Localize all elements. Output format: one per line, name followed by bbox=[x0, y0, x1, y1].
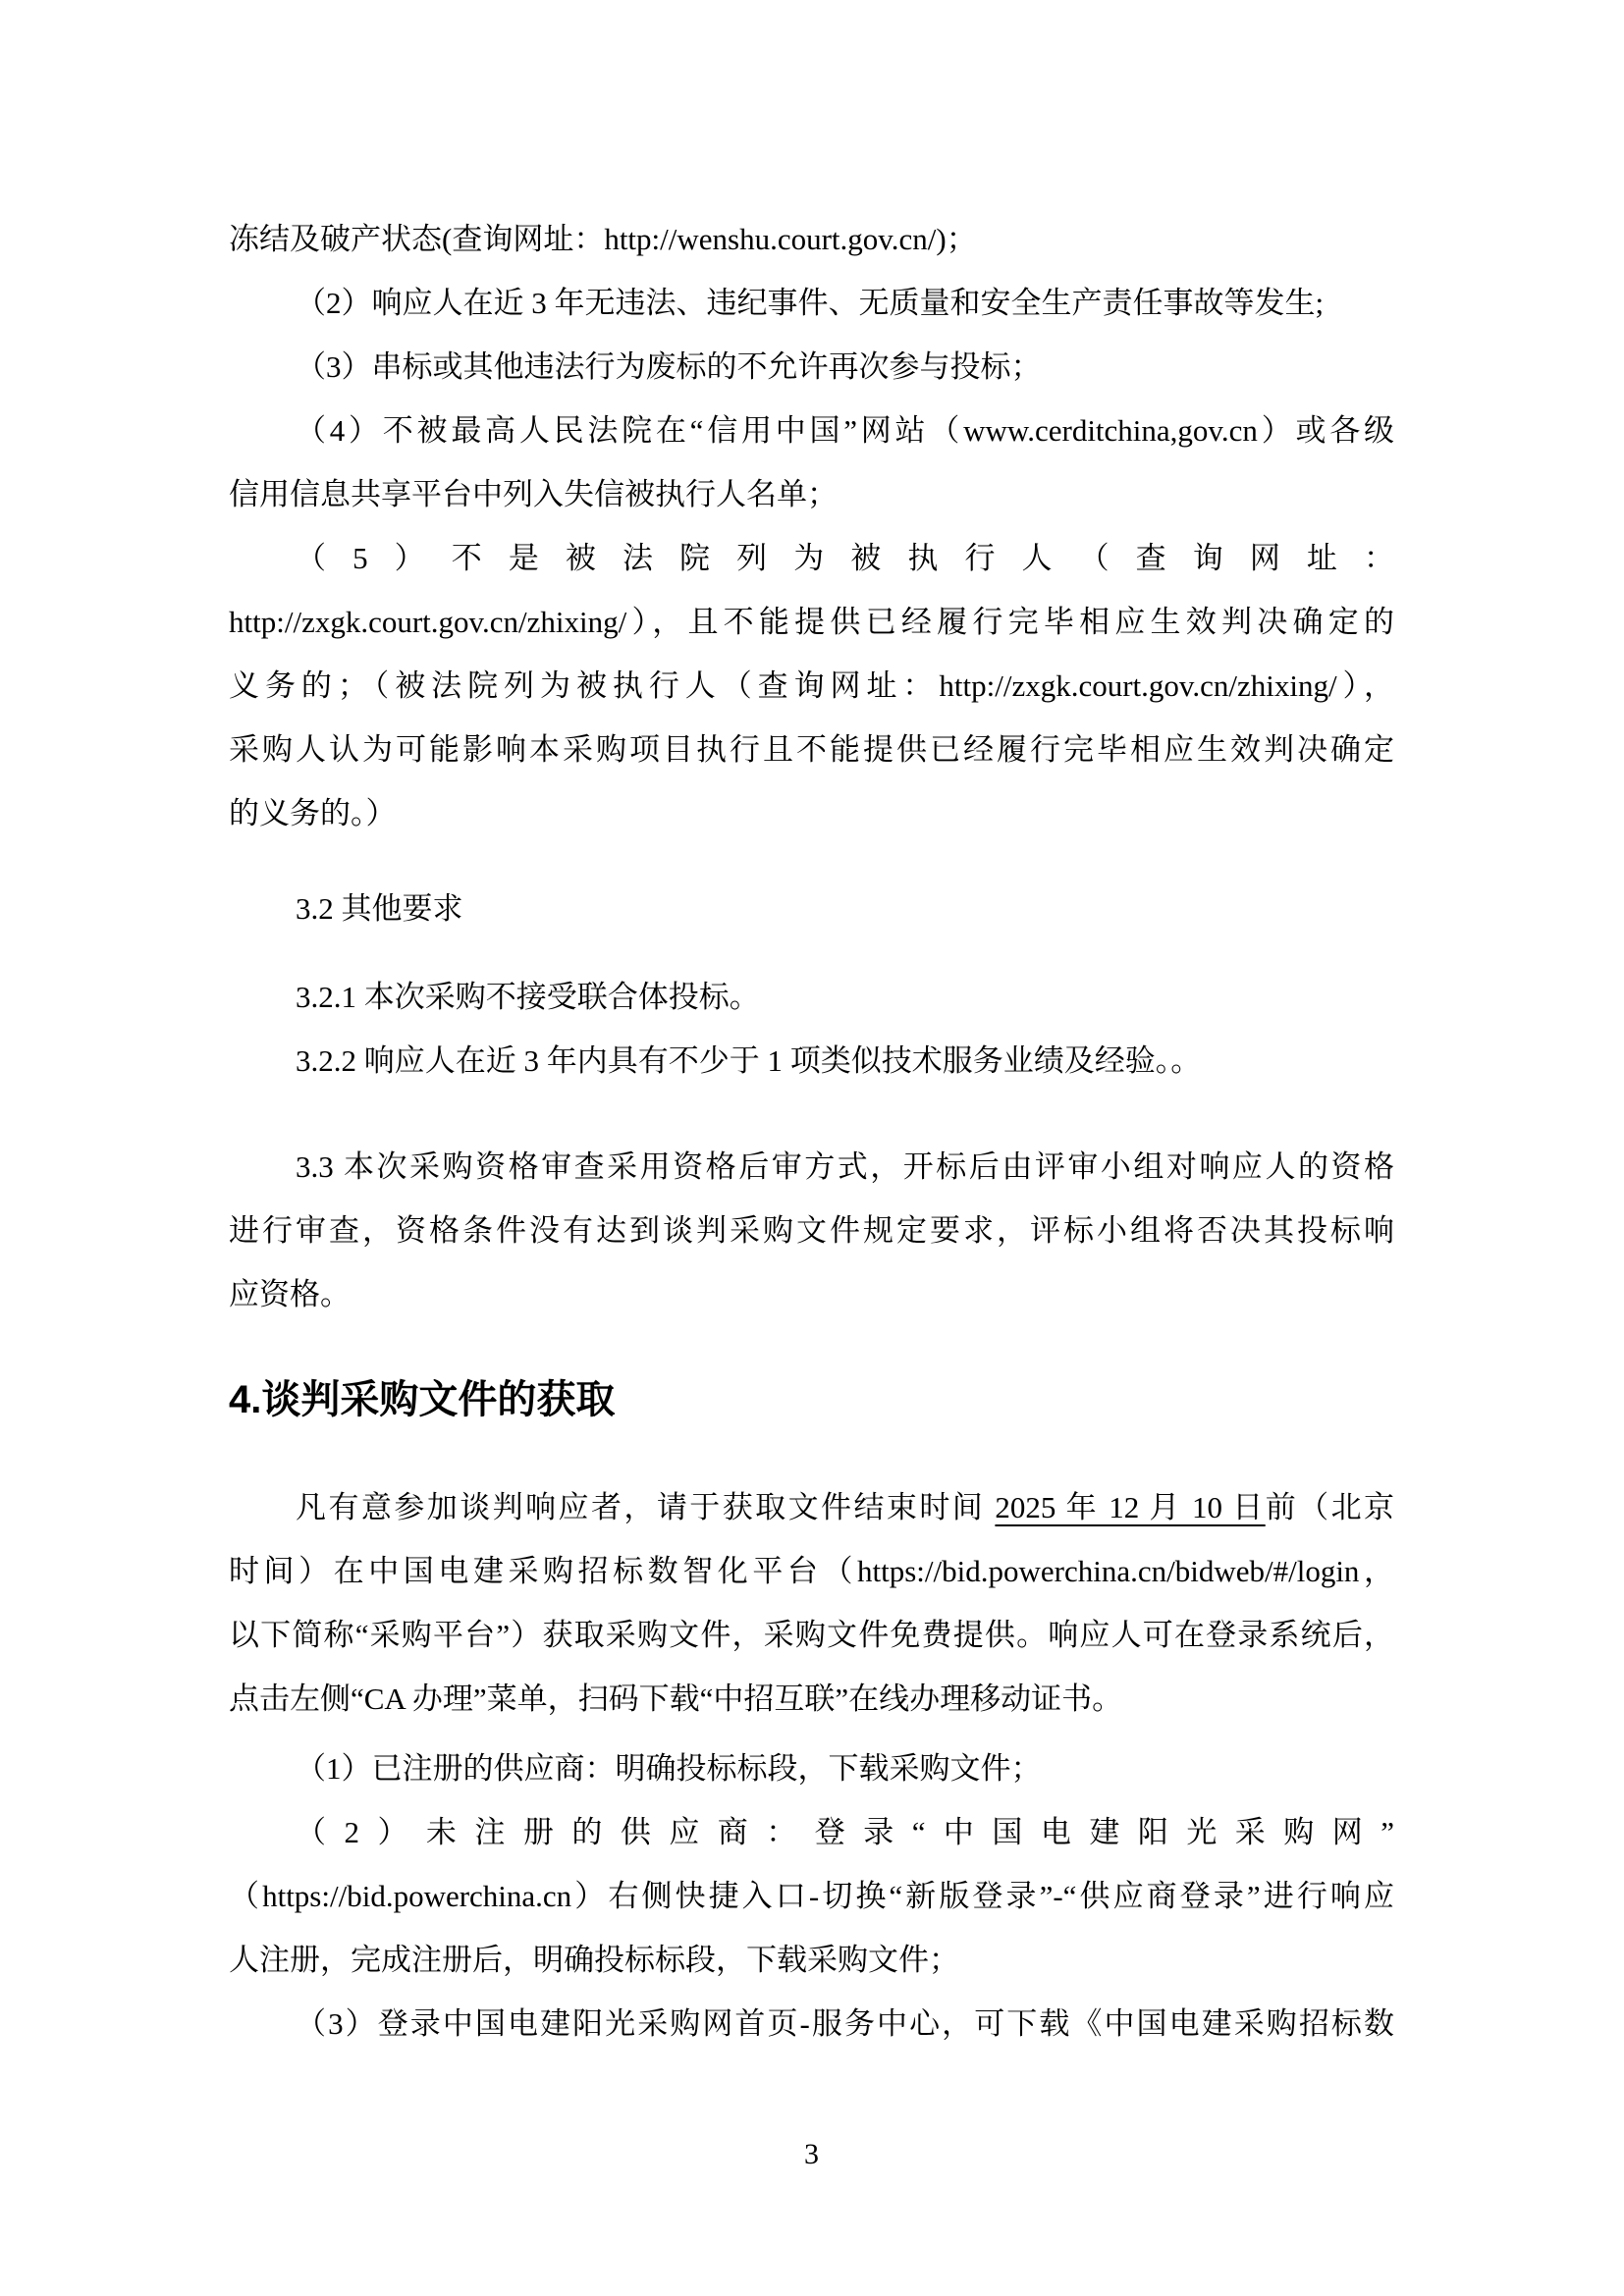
text-line: 应资格。 bbox=[229, 1262, 1394, 1326]
text-line: （3）串标或其他违法行为废标的不允许再次参与投标； bbox=[229, 335, 1394, 399]
text-line: 凡有意参加谈判响应者，请于获取文件结束时间 2025 年 12 月 10 日前（… bbox=[229, 1475, 1394, 1539]
text-line: （https://bid.powerchina.cn）右侧快捷入口-切换“新版登… bbox=[229, 1864, 1394, 1928]
text-line: （4）不被最高人民法院在“信用中国”网站（www.cerditchina,gov… bbox=[229, 399, 1394, 462]
text-line: 点击左侧“CA 办理”菜单，扫码下载“中招互联”在线办理移动证书。 bbox=[229, 1667, 1394, 1731]
text-line: （2）未注册的供应商：登录“中国电建阳光采购网” bbox=[229, 1800, 1394, 1864]
document-page: 冻结及破产状态(查询网址：http://wenshu.court.gov.cn/… bbox=[0, 0, 1624, 2296]
text-line: 3.3 本次采购资格审查采用资格后审方式，开标后由评审小组对响应人的资格 bbox=[229, 1135, 1394, 1199]
text-line: （5）不是被法院列为被执行人（查询网址： bbox=[229, 526, 1394, 590]
text-line: 3.2.1 本次采购不接受联合体投标。 bbox=[229, 965, 1394, 1029]
paragraph-gap bbox=[229, 1326, 1394, 1361]
text-run: 凡有意参加谈判响应者，请于获取文件结束时间 bbox=[296, 1490, 995, 1524]
text-line: 信用信息共享平台中列入失信被执行人名单； bbox=[229, 462, 1394, 526]
deadline-date-underlined: 2025 年 12 月 10 日 bbox=[995, 1490, 1265, 1524]
text-line: 3.2 其他要求 bbox=[229, 877, 1394, 940]
text-line: 冻结及破产状态(查询网址：http://wenshu.court.gov.cn/… bbox=[229, 207, 1394, 271]
paragraph-gap bbox=[229, 1093, 1394, 1135]
document-body: 冻结及破产状态(查询网址：http://wenshu.court.gov.cn/… bbox=[229, 207, 1394, 2056]
text-line: 义务的；（被法院列为被执行人（查询网址：http://zxgk.court.go… bbox=[229, 654, 1394, 718]
text-line: 人注册，完成注册后，明确投标标段，下载采购文件； bbox=[229, 1928, 1394, 1992]
text-line: 的义务的。） bbox=[229, 781, 1394, 845]
paragraph-gap bbox=[229, 1439, 1394, 1475]
text-line: http://zxgk.court.gov.cn/zhixing/），且不能提供… bbox=[229, 590, 1394, 654]
text-line: （1）已注册的供应商：明确投标标段，下载采购文件； bbox=[229, 1736, 1394, 1800]
text-run: 前（北京 bbox=[1266, 1490, 1394, 1524]
text-line: 3.2.2 响应人在近 3 年内具有不少于 1 项类似技术服务业绩及经验。。 bbox=[229, 1029, 1394, 1093]
text-line: 采购人认为可能影响本采购项目执行且不能提供已经履行完毕相应生效判决确定 bbox=[229, 718, 1394, 781]
paragraph-gap bbox=[229, 845, 1394, 877]
text-line: 时间）在中国电建采购招标数智化平台（https://bid.powerchina… bbox=[229, 1539, 1394, 1603]
text-line: （2）响应人在近 3 年无违法、违纪事件、无质量和安全生产责任事故等发生; bbox=[229, 271, 1394, 335]
text-line: 进行审查，资格条件没有达到谈判采购文件规定要求，评标小组将否决其投标响 bbox=[229, 1199, 1394, 1262]
page-number: 3 bbox=[229, 2135, 1394, 2174]
paragraph-gap bbox=[229, 940, 1394, 965]
section-heading: 4.谈判采购文件的获取 bbox=[229, 1361, 1394, 1439]
text-line: （3）登录中国电建阳光采购网首页-服务中心，可下载《中国电建采购招标数 bbox=[229, 1992, 1394, 2056]
text-line: 以下简称“采购平台”）获取采购文件，采购文件免费提供。响应人可在登录系统后， bbox=[229, 1603, 1394, 1667]
